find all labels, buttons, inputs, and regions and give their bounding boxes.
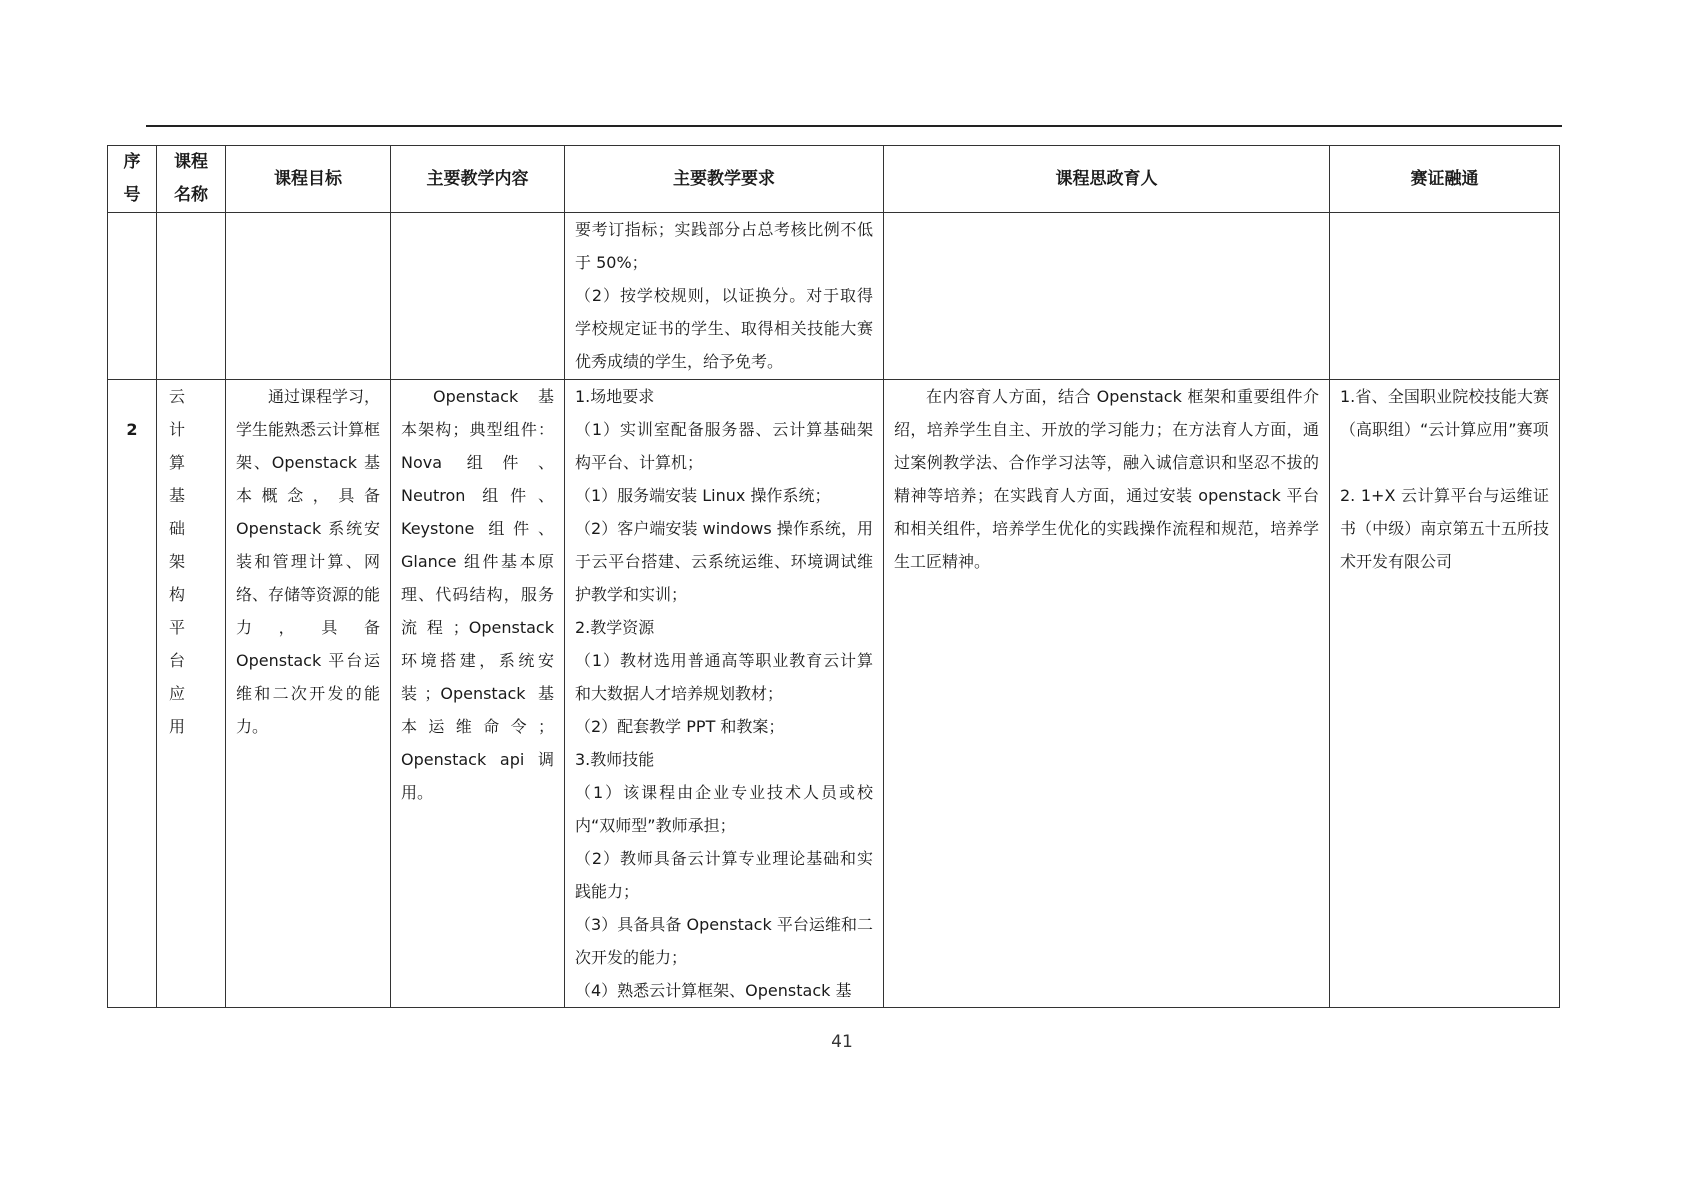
header-teaching-requirements: 主要教学要求: [565, 146, 884, 213]
requirement-line: （1）实训室配备服务器、云计算基础架构平台、计算机；: [575, 413, 873, 479]
header-course-name: 课程 名称: [157, 146, 226, 213]
cell-competition: [1330, 213, 1560, 380]
content-text: Openstack 基本架构；典型组件：Nova 组件、Neutron 组件、K…: [401, 380, 554, 809]
requirement-line: （2）按学校规则，以证换分。对于取得学校规定证书的学生、取得相关技能大赛优秀成绩…: [575, 279, 873, 378]
requirement-heading: 3.教师技能: [575, 743, 873, 776]
requirement-line: （3）具备具备 Openstack 平台运维和二次开发的能力；: [575, 908, 873, 974]
requirement-line: （2）配套教学 PPT 和教案；: [575, 710, 873, 743]
cell-goal: 通过课程学习，学生能熟悉云计算框架、Openstack 基本概念，具备 Open…: [226, 380, 391, 1008]
header-course-goal: 课程目标: [226, 146, 391, 213]
page-number: 41: [0, 1032, 1684, 1052]
header-rule: [146, 125, 1562, 127]
cell-competition: 1.省、全国职业院校技能大赛（高职组）“云计算应用”赛项 2. 1+X 云计算平…: [1330, 380, 1560, 1008]
requirement-line: 要考订指标；实践部分占总考核比例不低于 50%；: [575, 213, 873, 279]
requirement-line: （1）教材选用普通高等职业教育云计算和大数据人才培养规划教材；: [575, 644, 873, 710]
table-row-2: 2 云计算基础架构平台应用 通过课程学习，学生能熟悉云计算框架、Openstac…: [108, 380, 1560, 1008]
table-header-row: 序 号 课程 名称 课程目标 主要教学内容 主要教学要求 课程思政育人 赛证融通: [108, 146, 1560, 213]
competition-item: 2. 1+X 云计算平台与运维证书（中级）南京第五十五所技术开发有限公司: [1340, 479, 1549, 578]
requirement-line: （1）服务端安装 Linux 操作系统；: [575, 479, 873, 512]
cell-requirements: 1.场地要求 （1）实训室配备服务器、云计算基础架构平台、计算机； （1）服务端…: [565, 380, 884, 1008]
cell-ideology: 在内容育人方面，结合 Openstack 框架和重要组件介绍，培养学生自主、开放…: [884, 380, 1330, 1008]
goal-text: 通过课程学习，学生能熟悉云计算框架、Openstack 基本概念，具备 Open…: [236, 380, 380, 743]
header-seq: 序 号: [108, 146, 157, 213]
requirement-line: （4）熟悉云计算框架、Openstack 基: [575, 974, 873, 1007]
cell-goal: [226, 213, 391, 380]
curriculum-table: 序 号 课程 名称 课程目标 主要教学内容 主要教学要求 课程思政育人 赛证融通…: [107, 145, 1560, 1008]
spacer: [1340, 446, 1549, 479]
cell-name: [157, 213, 226, 380]
cell-name: 云计算基础架构平台应用: [157, 380, 226, 1008]
cell-content: Openstack 基本架构；典型组件：Nova 组件、Neutron 组件、K…: [391, 380, 565, 1008]
header-teaching-content: 主要教学内容: [391, 146, 565, 213]
requirement-heading: 1.场地要求: [575, 380, 873, 413]
row-number: 2: [108, 413, 156, 446]
requirement-line: （1）该课程由企业专业技术人员或校内“双师型”教师承担；: [575, 776, 873, 842]
header-competition-certificate: 赛证融通: [1330, 146, 1560, 213]
requirement-line: （2）客户端安装 windows 操作系统，用于云平台搭建、云系统运维、环境调试…: [575, 512, 873, 611]
header-ideology-education: 课程思政育人: [884, 146, 1330, 213]
table-row-continued: 要考订指标；实践部分占总考核比例不低于 50%； （2）按学校规则，以证换分。对…: [108, 213, 1560, 380]
cell-seq: [108, 213, 157, 380]
competition-item: 1.省、全国职业院校技能大赛（高职组）“云计算应用”赛项: [1340, 380, 1549, 446]
cell-requirements: 要考订指标；实践部分占总考核比例不低于 50%； （2）按学校规则，以证换分。对…: [565, 213, 884, 380]
ideology-text: 在内容育人方面，结合 Openstack 框架和重要组件介绍，培养学生自主、开放…: [894, 380, 1319, 578]
cell-content: [391, 213, 565, 380]
requirement-heading: 2.教学资源: [575, 611, 873, 644]
cell-ideology: [884, 213, 1330, 380]
requirement-line: （2）教师具备云计算专业理论基础和实践能力；: [575, 842, 873, 908]
cell-seq: 2: [108, 380, 157, 1008]
